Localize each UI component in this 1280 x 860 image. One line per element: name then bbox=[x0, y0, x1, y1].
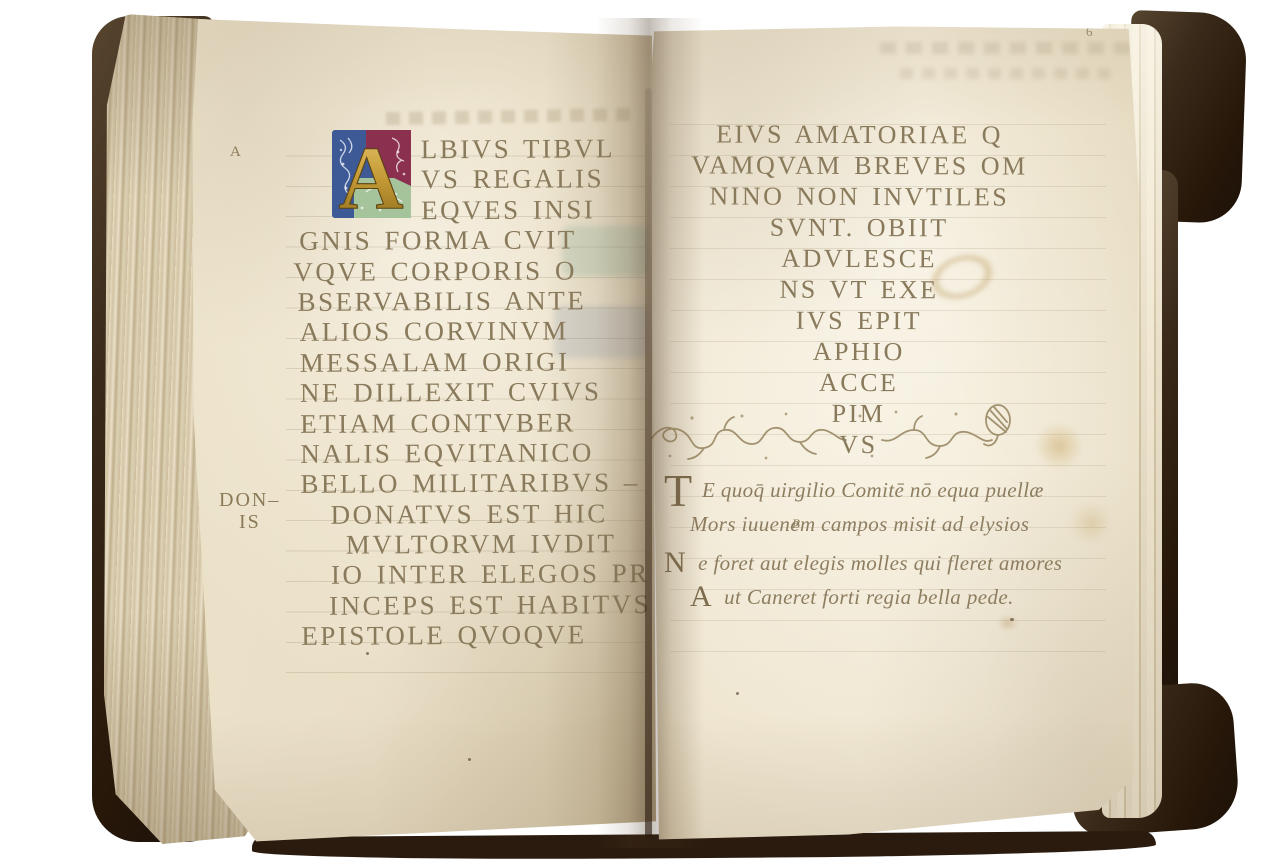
epitaph-line: Aut Caneret forti regia bella pede. bbox=[690, 580, 1014, 614]
speck bbox=[736, 692, 739, 695]
speck bbox=[468, 758, 471, 761]
epitaph-line: E quoq̄ uirgilio Comitē nō equa puellæ bbox=[702, 478, 1044, 503]
manuscript-line: PIM bbox=[676, 397, 1042, 429]
right-page-showthrough-text bbox=[880, 42, 1130, 54]
manuscript-line: VS bbox=[675, 428, 1041, 460]
manuscript-line: SVNT. OBIIT bbox=[676, 211, 1042, 243]
margin-letter: A bbox=[230, 144, 243, 161]
margin-note-line: IS bbox=[239, 511, 280, 533]
manuscript-line: EIVS AMATORIAE Q bbox=[676, 118, 1042, 150]
epitaph-line: Mors iuuenem campos misit ad elysios bbox=[690, 512, 1029, 537]
stain bbox=[1062, 494, 1120, 552]
speck bbox=[366, 652, 369, 655]
epitaph-line: Ne foret aut elegis molles qui fleret am… bbox=[664, 546, 1062, 580]
manuscript-line: APHIO bbox=[676, 335, 1042, 367]
epitaph-line-text: e foret aut elegis molles qui fleret amo… bbox=[698, 551, 1062, 575]
folio-number: 6 bbox=[1086, 24, 1093, 40]
manuscript-line: NS VT EXE bbox=[676, 273, 1042, 305]
right-page-showthrough-text bbox=[900, 68, 1110, 79]
margin-note: DON– IS bbox=[219, 489, 280, 533]
right-text-block: EIVS AMATORIAE Q VAMQVAM BREVES OM NINO … bbox=[675, 118, 1042, 460]
manuscript-line: NINO NON INVTILES bbox=[676, 180, 1042, 212]
manuscript-photo: 6 A A DON– IS LBIVS TIBVL bbox=[0, 0, 1280, 860]
speck bbox=[1010, 618, 1014, 621]
stain bbox=[994, 612, 1022, 634]
epitaph-line-text: ut Caneret forti regia bella pede. bbox=[724, 585, 1014, 609]
manuscript-line: VAMQVAM BREVES OM bbox=[676, 149, 1042, 181]
manuscript-line: ADVLESCE bbox=[676, 242, 1042, 274]
manuscript-line: ACCE bbox=[676, 366, 1042, 398]
gutter-crease bbox=[645, 88, 652, 838]
margin-note-line: DON– bbox=[219, 489, 280, 511]
manuscript-line: IVS EPIT bbox=[676, 304, 1042, 336]
